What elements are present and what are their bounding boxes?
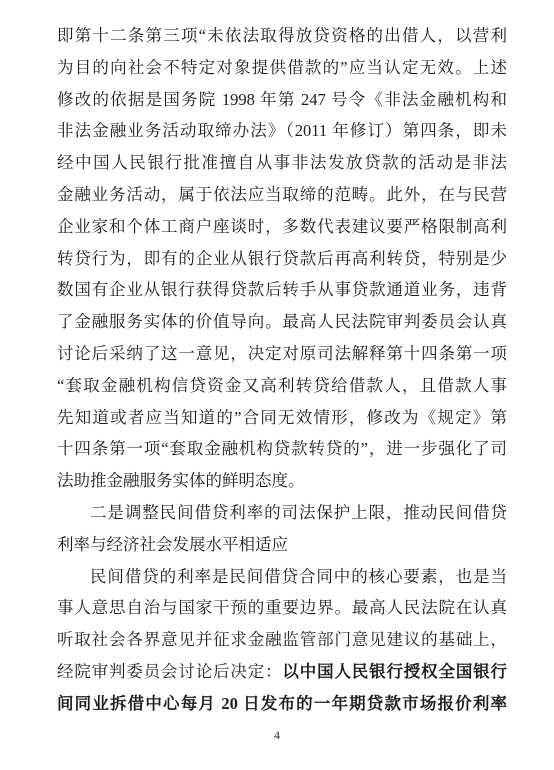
body-text: 二是调整民间借贷利率的司法保护上限，推动民间借贷 bbox=[90, 503, 507, 522]
text-line: 间同业拆借中心每月 20 日发布的一年期贷款市场报价利率 bbox=[57, 688, 507, 720]
body-text: 经院审判委员会讨论后决定： bbox=[57, 662, 282, 681]
text-line: 经院审判委员会讨论后决定：以中国人民银行授权全国银行 bbox=[57, 656, 507, 688]
body-text: 为目的向社会不特定对象提供借款的”应当认定无效。上述 bbox=[57, 58, 507, 77]
document-body: 即第十二条第三项“未依法取得放贷资格的出借人，以营利为目的向社会不特定对象提供借… bbox=[57, 20, 507, 720]
text-line: 二是调整民间借贷利率的司法保护上限，推动民间借贷 bbox=[57, 497, 507, 529]
body-text: 讨论后采纳了这一意见，决定对原司法解释第十四条第一项 bbox=[57, 344, 507, 363]
text-line: 经中国人民银行批准擅自从事非法发放贷款的活动是非法 bbox=[57, 147, 507, 179]
emphasis-bold-text: 间同业拆借中心每月 20 日发布的一年期贷款市场报价利率 bbox=[57, 694, 507, 713]
text-line: 数国有企业从银行获得贷款后转手从事贷款通道业务，违背 bbox=[57, 274, 507, 306]
body-text: 利率与经济社会发展水平相适应 bbox=[57, 535, 288, 554]
text-line: 企业家和个体工商户座谈时，多数代表建议要严格限制高利 bbox=[57, 211, 507, 243]
text-line: 听取社会各界意见并征求金融监管部门意见建议的基础上， bbox=[57, 624, 507, 656]
body-text: 数国有企业从银行获得贷款后转手从事贷款通道业务，违背 bbox=[57, 280, 507, 299]
text-line: 讨论后采纳了这一意见，决定对原司法解释第十四条第一项 bbox=[57, 338, 507, 370]
body-text: 事人意思自治与国家干预的重要边界。最高人民法院在认真 bbox=[57, 598, 507, 617]
emphasis-bold-text: 以中国人民银行授权全国银行 bbox=[282, 662, 507, 681]
text-line: 法助推金融服务实体的鲜明态度。 bbox=[57, 465, 507, 497]
body-text: 十四条第一项“套取金融机构贷款转贷的”，进一步强化了司 bbox=[57, 439, 507, 458]
text-line: 利率与经济社会发展水平相适应 bbox=[57, 529, 507, 561]
body-text: 听取社会各界意见并征求金融监管部门意见建议的基础上， bbox=[57, 630, 507, 649]
body-text: 转贷行为，即有的企业从银行贷款后再高利转贷，特别是少 bbox=[57, 249, 507, 268]
text-line: 金融业务活动，属于依法应当取缔的范畴。此外，在与民营 bbox=[57, 179, 507, 211]
text-line: 非法金融业务活动取缔办法》（2011 年修订）第四条，即未 bbox=[57, 115, 507, 147]
body-text: 经中国人民银行批准擅自从事非法发放贷款的活动是非法 bbox=[57, 153, 507, 172]
body-text: 企业家和个体工商户座谈时，多数代表建议要严格限制高利 bbox=[57, 217, 507, 236]
body-text: 先知道或者应当知道的”合同无效情形，修改为《规定》第 bbox=[57, 408, 507, 427]
body-text: 修改的依据是国务院 1998 年第 247 号令《非法金融机构和 bbox=[57, 90, 507, 109]
text-line: 民间借贷的利率是民间借贷合同中的核心要素，也是当 bbox=[57, 561, 507, 593]
body-text: 金融业务活动，属于依法应当取缔的范畴。此外，在与民营 bbox=[57, 185, 507, 204]
body-text: 法助推金融服务实体的鲜明态度。 bbox=[57, 471, 305, 490]
text-line: 转贷行为，即有的企业从银行贷款后再高利转贷，特别是少 bbox=[57, 243, 507, 275]
document-page: 即第十二条第三项“未依法取得放贷资格的出借人，以营利为目的向社会不特定对象提供借… bbox=[0, 0, 554, 770]
text-line: 修改的依据是国务院 1998 年第 247 号令《非法金融机构和 bbox=[57, 84, 507, 116]
text-line: 为目的向社会不特定对象提供借款的”应当认定无效。上述 bbox=[57, 52, 507, 84]
body-text: “套取金融机构信贷资金又高利转贷给借款人，且借款人事 bbox=[57, 376, 507, 395]
text-line: 十四条第一项“套取金融机构贷款转贷的”，进一步强化了司 bbox=[57, 433, 507, 465]
text-line: 事人意思自治与国家干预的重要边界。最高人民法院在认真 bbox=[57, 592, 507, 624]
text-line: 即第十二条第三项“未依法取得放贷资格的出借人，以营利 bbox=[57, 20, 507, 52]
text-line: 先知道或者应当知道的”合同无效情形，修改为《规定》第 bbox=[57, 402, 507, 434]
body-text: 了金融服务实体的价值导向。最高人民法院审判委员会认真 bbox=[57, 312, 507, 331]
text-line: “套取金融机构信贷资金又高利转贷给借款人，且借款人事 bbox=[57, 370, 507, 402]
body-text: 民间借贷的利率是民间借贷合同中的核心要素，也是当 bbox=[90, 567, 507, 586]
text-line: 了金融服务实体的价值导向。最高人民法院审判委员会认真 bbox=[57, 306, 507, 338]
body-text: 非法金融业务活动取缔办法》（2011 年修订）第四条，即未 bbox=[57, 121, 507, 140]
body-text: 即第十二条第三项“未依法取得放贷资格的出借人，以营利 bbox=[57, 26, 507, 45]
page-number: 4 bbox=[0, 727, 554, 743]
